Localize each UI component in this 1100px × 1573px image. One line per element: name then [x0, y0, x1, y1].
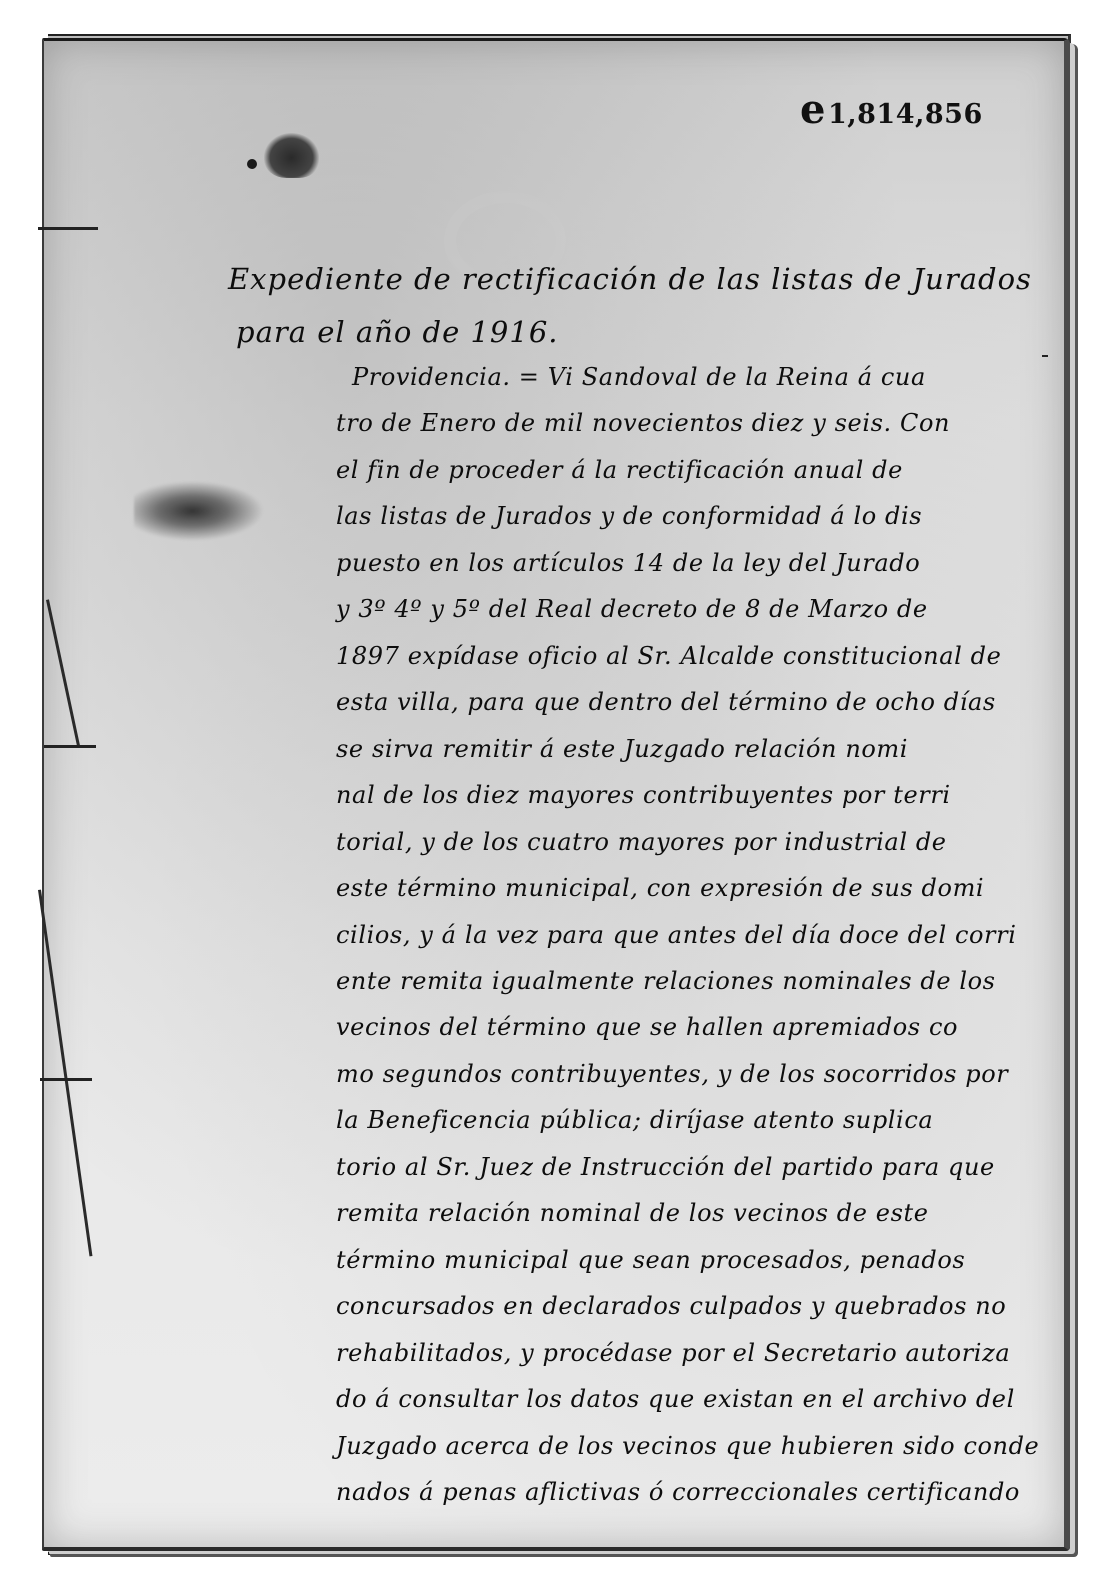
- body-line: nados á penas aflictivas ó correccionale…: [336, 1478, 1020, 1506]
- body-line: el fin de proceder á la rectificación an…: [336, 456, 903, 484]
- title-line-2: para el año de 1916.: [236, 315, 559, 349]
- registry-number-stamp: e1,814,856: [800, 86, 983, 133]
- body-line: esta villa, para que dentro del término …: [336, 688, 996, 716]
- body-line: torial, y de los cuatro mayores por indu…: [336, 828, 947, 856]
- stamp-prefix: e: [800, 86, 826, 133]
- body-line: este término municipal, con expresión de…: [336, 874, 984, 902]
- body-line: cilios, y á la vez para que antes del dí…: [336, 921, 1016, 949]
- body-line: torio al Sr. Juez de Instrucción del par…: [336, 1153, 995, 1181]
- stamp-number-value: 1,814,856: [828, 99, 983, 130]
- body-line: nal de los diez mayores contribuyentes p…: [336, 781, 951, 809]
- body-line: vecinos del término que se hallen apremi…: [336, 1013, 958, 1041]
- body-line: se sirva remitir á este Juzgado relación…: [336, 735, 908, 763]
- ink-smudge: [134, 481, 264, 541]
- body-line: do á consultar los datos que existan en …: [336, 1385, 1015, 1413]
- body-line: mo segundos contribuyentes, y de los soc…: [336, 1060, 1008, 1088]
- body-line: puesto en los artículos 14 de la ley del…: [336, 549, 920, 577]
- body-line: las listas de Jurados y de conformidad á…: [336, 502, 922, 530]
- body-line: tro de Enero de mil novecientos diez y s…: [336, 409, 950, 437]
- margin-mark: [1042, 355, 1048, 357]
- binding-string-bottom: [40, 1078, 92, 1081]
- body-line: Providencia. = Vi Sandoval de la Reina á…: [352, 363, 926, 391]
- body-line: remita relación nominal de los vecinos d…: [336, 1199, 929, 1227]
- body-line: concursados en declarados culpados y que…: [336, 1292, 1006, 1320]
- ink-dot: [247, 159, 257, 169]
- body-line: Juzgado acerca de los vecinos que hubier…: [336, 1432, 1039, 1460]
- title-line-1: Expediente de rectificación de las lista…: [228, 262, 1032, 296]
- binding-string-mid: [44, 745, 96, 748]
- ink-blot: [264, 133, 319, 178]
- binding-string-top: [38, 227, 98, 230]
- body-line: ente remita igualmente relaciones nomina…: [336, 967, 996, 995]
- body-line: la Beneficencia pública; diríjase atento…: [336, 1106, 933, 1134]
- body-line: y 3º 4º y 5º del Real decreto de 8 de Ma…: [336, 595, 928, 623]
- body-line: 1897 expídase oficio al Sr. Alcalde cons…: [336, 642, 1001, 670]
- body-line: rehabilitados, y procédase por el Secret…: [336, 1339, 1010, 1367]
- body-line: término municipal que sean procesados, p…: [336, 1246, 965, 1274]
